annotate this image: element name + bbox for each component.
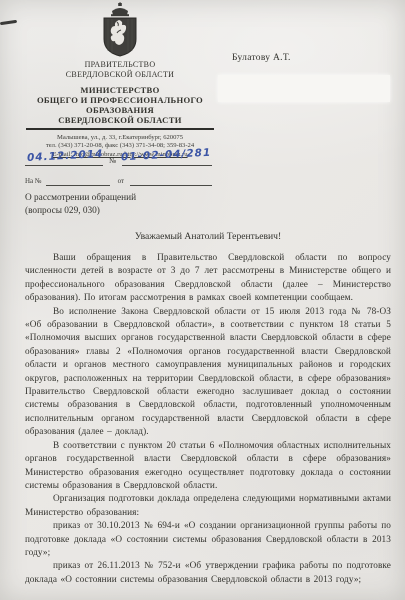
subject-line2: (вопросы 029, 030) bbox=[25, 205, 136, 218]
ministry-name-line1: МИНИСТЕРСТВО bbox=[12, 85, 228, 95]
addressee-name: Булатову А.Т. bbox=[232, 53, 291, 63]
body-paragraph: Ваши обращения в Правительство Свердловс… bbox=[25, 252, 391, 306]
body-paragraph: приказ от 26.11.2013 № 752-и «Об утвержд… bbox=[25, 560, 391, 587]
ministry-name-line2: ОБЩЕГО И ПРОФЕССИОНАЛЬНОГО bbox=[12, 95, 228, 105]
salutation: Уважаемый Анатолий Терентьевич! bbox=[25, 231, 391, 242]
sverdlovsk-coat-of-arms-icon bbox=[97, 2, 143, 58]
subject-line1: О рассмотрении обращений bbox=[25, 192, 136, 205]
body-paragraph: приказ от 30.10.2013 № 694-и «О создании… bbox=[25, 520, 391, 560]
letterhead-divider bbox=[26, 128, 214, 130]
ministry-name-line4: СВЕРДЛОВСКОЙ ОБЛАСТИ bbox=[12, 115, 228, 125]
reply-number-line bbox=[46, 173, 110, 186]
reply-to-label: На № bbox=[25, 177, 42, 185]
subject-block: О рассмотрении обращений (вопросы 029, 0… bbox=[25, 192, 136, 218]
government-name-line1: ПРАВИТЕЛЬСТВО bbox=[12, 60, 228, 70]
postal-address: Малышева, ул., д. 33, г.Екатеринбург, 62… bbox=[12, 134, 228, 142]
from-label: от bbox=[118, 177, 124, 185]
letter-body: Уважаемый Анатолий Терентьевич! Ваши обр… bbox=[25, 231, 391, 587]
body-paragraph: Во исполнение Закона Свердловской област… bbox=[25, 306, 391, 440]
scanned-letter-page: ПРАВИТЕЛЬСТВО СВЕРДЛОВСКОЙ ОБЛАСТИ МИНИС… bbox=[0, 0, 405, 600]
redacted-address-block bbox=[218, 75, 390, 102]
body-paragraph: В соответствии с пунктом 20 статьи 6 «По… bbox=[25, 440, 391, 494]
body-paragraph: Организация подготовки доклада определен… bbox=[25, 493, 391, 520]
ministry-name-line3: ОБРАЗОВАНИЯ bbox=[12, 105, 228, 115]
letterhead: ПРАВИТЕЛЬСТВО СВЕРДЛОВСКОЙ ОБЛАСТИ МИНИС… bbox=[12, 2, 228, 159]
reference-block: 04.12.2014 № 01-02-04/281 На № от bbox=[25, 153, 225, 186]
reply-date-line bbox=[130, 173, 212, 186]
government-name-line2: СВЕРДЛОВСКОЙ ОБЛАСТИ bbox=[12, 70, 228, 80]
number-sign: № bbox=[109, 156, 116, 165]
